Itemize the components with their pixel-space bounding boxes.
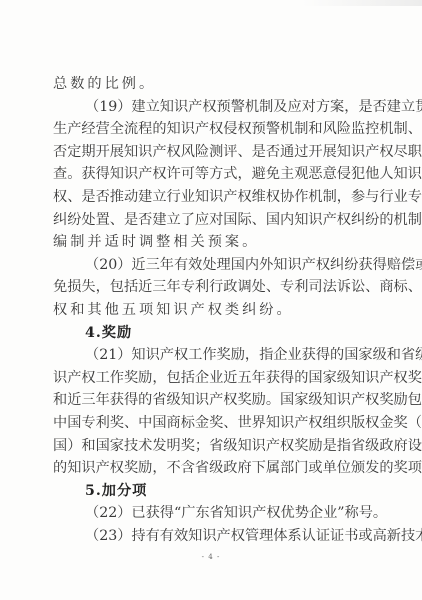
scan-artifact xyxy=(302,0,422,6)
text-line: （20）近三年有效处理国内外知识产权纠纷获得赔偿或避 xyxy=(53,254,369,277)
text-line: 国）和国家技术发明奖；省级知识产权奖励是指省级政府设立 xyxy=(53,435,369,458)
text-line: （22）已获得“广东省知识产权优势企业”称号。 xyxy=(53,502,369,525)
text-line: 中国专利奖、中国商标金奖、世界知识产权组织版权金奖（中 xyxy=(53,412,369,435)
text-line: 权、是否推动建立行业知识产权维权协作机制，参与行业专利 xyxy=(53,186,369,209)
page-number: - 4 - xyxy=(0,553,422,561)
text-line: （23）持有有效知识产权管理体系认证证书或高新技术企 xyxy=(53,525,369,548)
section-heading: 5.加分项 xyxy=(53,480,369,503)
text-line: 识产权工作奖励，包括企业近五年获得的国家级知识产权奖励 xyxy=(53,367,369,390)
text-line: 权和其他五项知识产权类纠纷。 xyxy=(53,299,369,322)
text-line: 的知识产权奖励，不含省级政府下属部门或单位颁发的奖项。 xyxy=(53,457,369,480)
text-line: 查。获得知识产权许可等方式，避免主观恶意侵犯他人知识产 xyxy=(53,163,369,186)
text-line: 否定期开展知识产权风险测评、是否通过开展知识产权尽职调 xyxy=(53,141,369,164)
section-heading: 4.奖励 xyxy=(53,322,369,345)
text-line: （21）知识产权工作奖励，指企业获得的国家级和省级知 xyxy=(53,344,369,367)
text-line: 总数的比例。 xyxy=(53,73,369,96)
text-line: （19）建立知识产权预警机制及应对方案，是否建立贯穿 xyxy=(53,96,369,119)
text-line: 编制并适时调整相关预案。 xyxy=(53,231,369,254)
text-line: 免损失，包括近三年专利行政调处、专利司法诉讼、商标、版 xyxy=(53,276,369,299)
text-line: 生产经营全流程的知识产权侵权预警机制和风险监控机制、是 xyxy=(53,118,369,141)
document-page: 总数的比例。（19）建立知识产权预警机制及应对方案，是否建立贯穿生产经营全流程的… xyxy=(53,73,369,547)
text-line: 纠纷处置、是否建立了应对国际、国内知识产权纠纷的机制， xyxy=(53,209,369,232)
text-line: 和近三年获得的省级知识产权奖励。国家级知识产权奖励包括 xyxy=(53,389,369,412)
